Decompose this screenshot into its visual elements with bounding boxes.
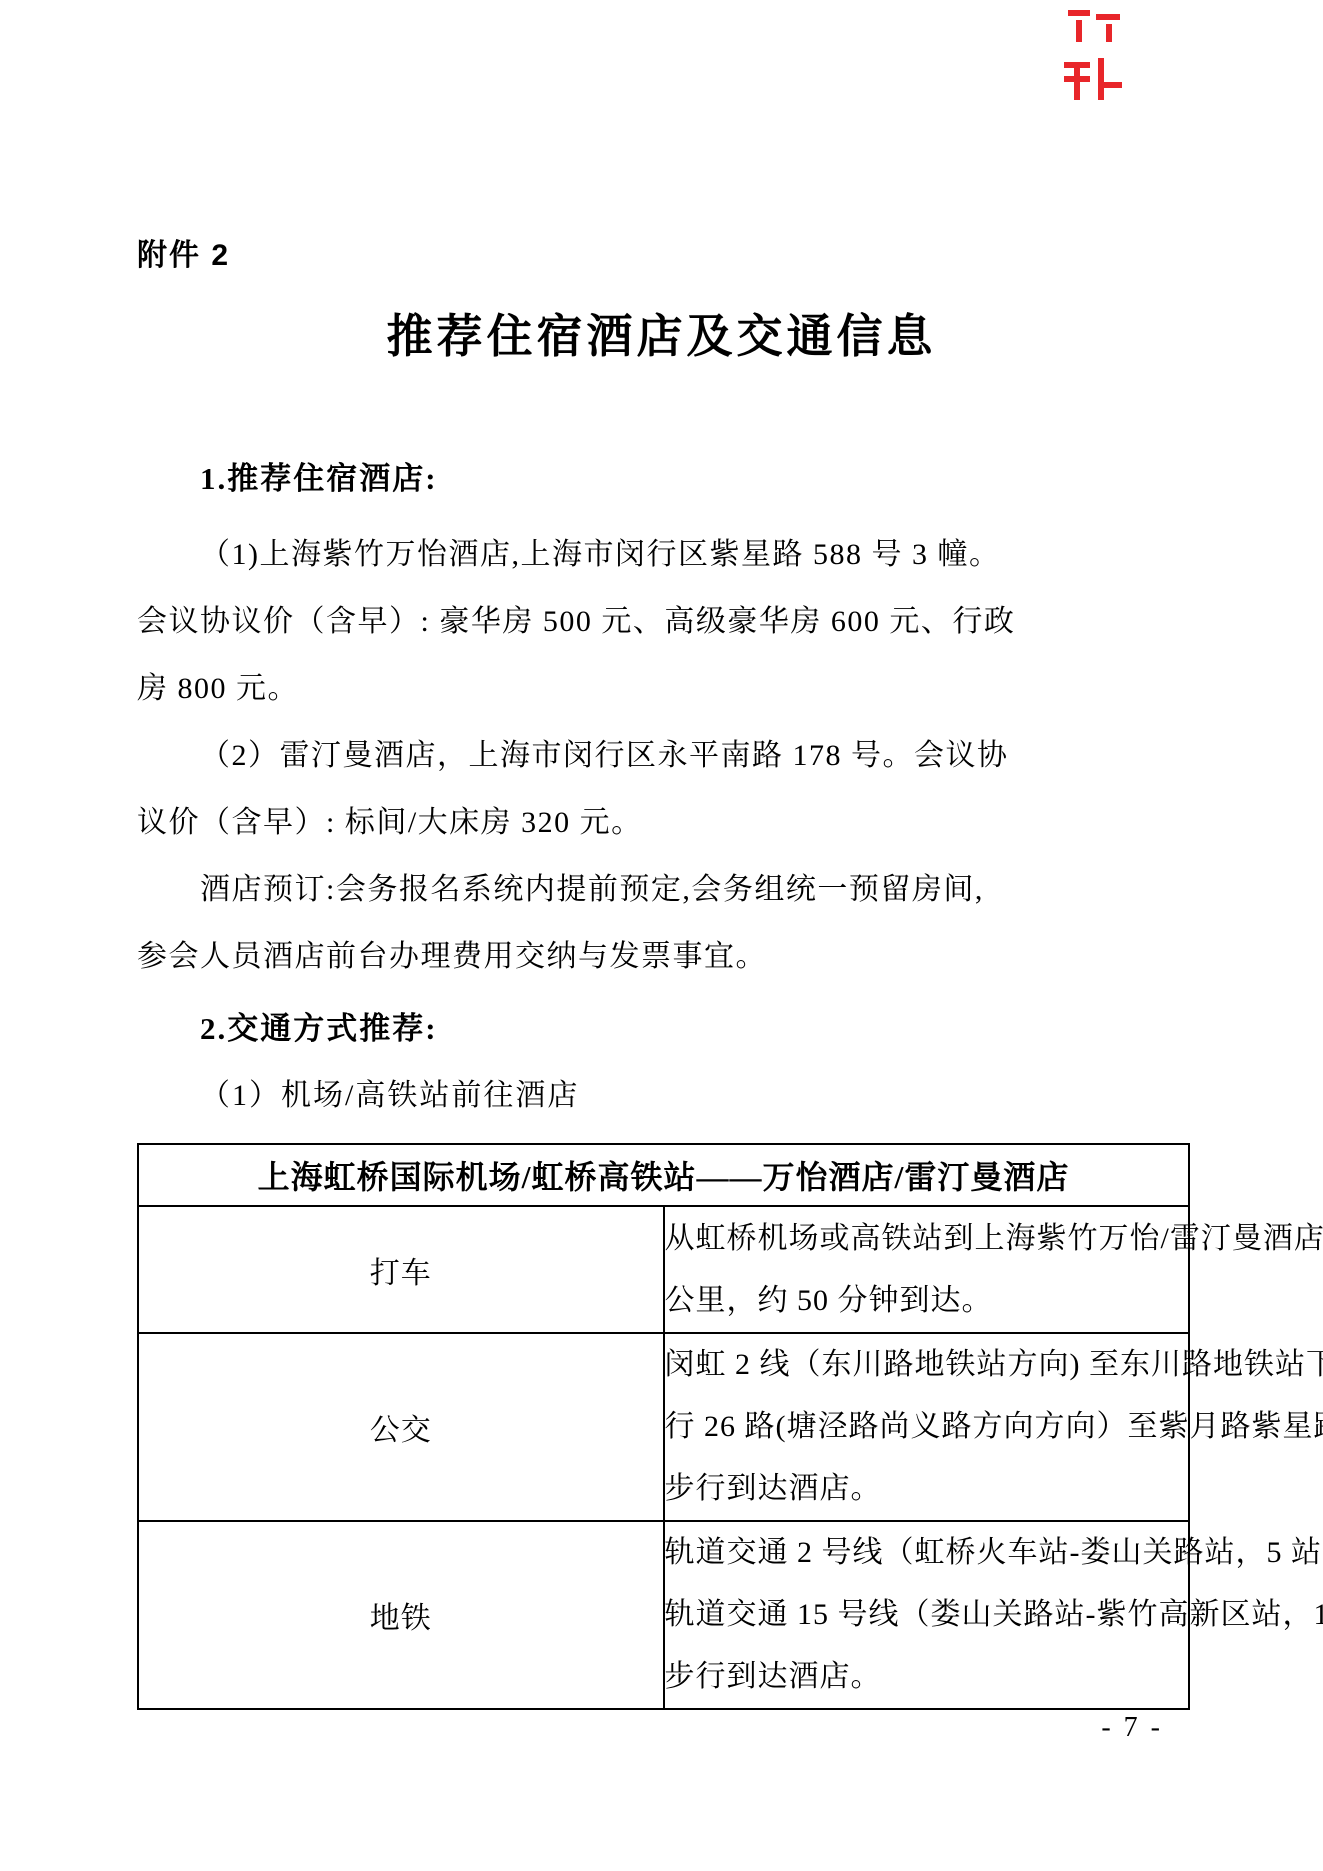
body-line: 参会人员酒店前台办理费用交纳与发票事宜。 <box>137 923 1186 990</box>
cell-line: 闵虹 2 线（东川路地铁站方向) 至东川路地铁站下，换闵 <box>665 1334 1189 1396</box>
page-number: - 7 - <box>1101 1712 1163 1744</box>
section-heading-hotels: 1.推荐住宿酒店: <box>200 458 438 500</box>
section-heading-transport: 2.交通方式推荐: <box>200 1008 438 1050</box>
body-line: （1)上海紫竹万怡酒店,上海市闵行区紫星路 588 号 3 幢。 <box>137 521 1186 588</box>
body-line: 房 800 元。 <box>137 655 1186 722</box>
red-stamp-fragment <box>1062 56 1126 104</box>
body-line: 酒店预订:会务报名系统内提前预定,会务组统一预留房间, <box>137 856 1186 923</box>
row-label: 打车 <box>138 1206 664 1333</box>
table-title: 上海虹桥国际机场/虹桥高铁站——万怡酒店/雷汀曼酒店 <box>138 1144 1189 1206</box>
body-line: （2）雷汀曼酒店，上海市闵行区永平南路 178 号。会议协 <box>137 722 1186 789</box>
cell-line: 轨道交通 15 号线（娄山关路站-紫竹高新区站，17 站）， <box>665 1584 1189 1646</box>
cell-line: 从虹桥机场或高铁站到上海紫竹万怡/雷汀曼酒店约 30 <box>665 1208 1189 1270</box>
cell-line: 步行到达酒店。 <box>665 1646 1189 1708</box>
row-label: 地铁 <box>138 1521 664 1709</box>
attachment-label: 附件 2 <box>137 230 230 274</box>
row-label: 公交 <box>138 1333 664 1521</box>
table-row: 公交闵虹 2 线（东川路地铁站方向) 至东川路地铁站下，换闵行 26 路(塘泾路… <box>138 1333 1189 1521</box>
cell-line: 轨道交通 2 号线（虹桥火车站-娄山关路站，5 站），换乘 <box>665 1522 1189 1584</box>
cell-line: 行 26 路(塘泾路尚义路方向方向）至紫月路紫星路站下， <box>665 1396 1189 1458</box>
page-title: 推荐住宿酒店及交通信息 <box>137 300 1186 366</box>
table-header-row: 上海虹桥国际机场/虹桥高铁站——万怡酒店/雷汀曼酒店 <box>138 1144 1189 1206</box>
transport-table: 上海虹桥国际机场/虹桥高铁站——万怡酒店/雷汀曼酒店 打车从虹桥机场或高铁站到上… <box>137 1143 1190 1710</box>
row-content: 轨道交通 2 号线（虹桥火车站-娄山关路站，5 站），换乘轨道交通 15 号线（… <box>664 1521 1190 1709</box>
table-row: 打车从虹桥机场或高铁站到上海紫竹万怡/雷汀曼酒店约 30公里，约 50 分钟到达… <box>138 1206 1189 1333</box>
row-content: 从虹桥机场或高铁站到上海紫竹万怡/雷汀曼酒店约 30公里，约 50 分钟到达。 <box>664 1206 1190 1333</box>
cell-line: 步行到达酒店。 <box>665 1458 1189 1520</box>
transport-subheading: （1）机场/高铁站前往酒店 <box>200 1075 579 1117</box>
body-line: 会议协议价（含早）: 豪华房 500 元、高级豪华房 600 元、行政 <box>137 588 1186 655</box>
document-page: 附件 2 推荐住宿酒店及交通信息 1.推荐住宿酒店: （1)上海紫竹万怡酒店,上… <box>0 0 1323 1871</box>
hotels-paragraphs: （1)上海紫竹万怡酒店,上海市闵行区紫星路 588 号 3 幢。会议协议价（含早… <box>137 521 1186 990</box>
body-line: 议价（含早）: 标间/大床房 320 元。 <box>137 789 1186 856</box>
red-stamp-fragment <box>1066 6 1124 46</box>
cell-line: 公里，约 50 分钟到达。 <box>665 1270 1189 1332</box>
row-content: 闵虹 2 线（东川路地铁站方向) 至东川路地铁站下，换闵行 26 路(塘泾路尚义… <box>664 1333 1190 1521</box>
table-row: 地铁轨道交通 2 号线（虹桥火车站-娄山关路站，5 站），换乘轨道交通 15 号… <box>138 1521 1189 1709</box>
